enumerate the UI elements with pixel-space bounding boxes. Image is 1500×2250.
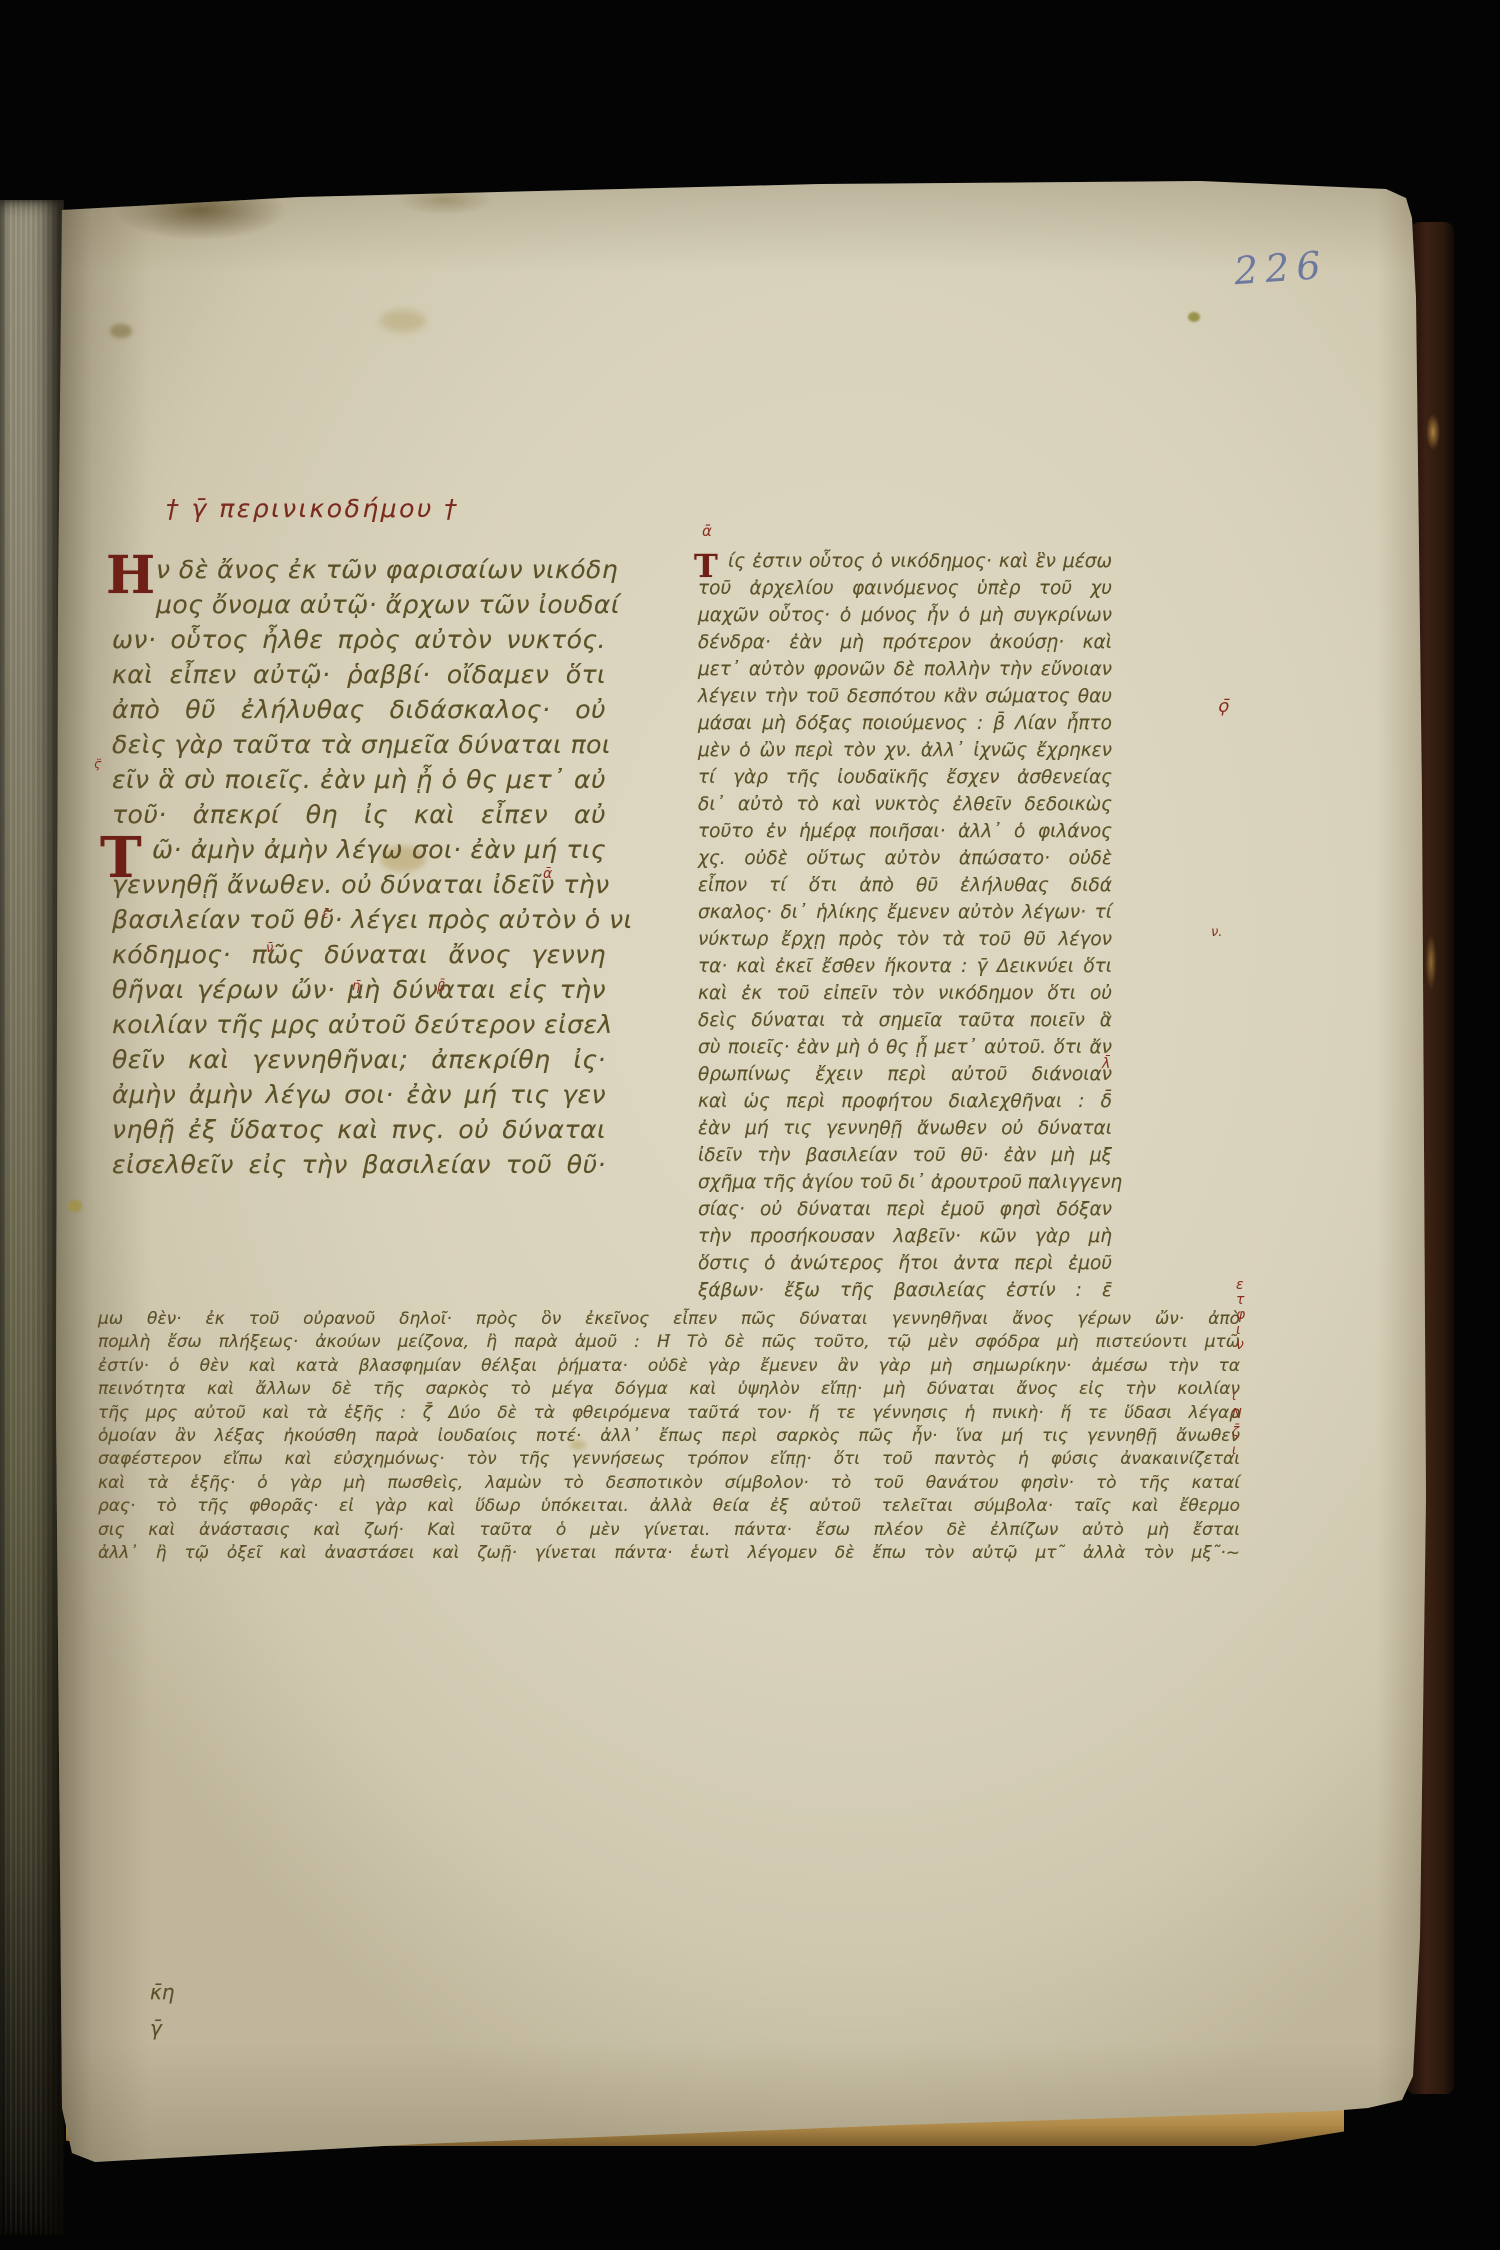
text-line: νηθῇ ἐξ ὕδατος καὶ πνς. οὐ δύναται	[112, 1112, 606, 1147]
text-line: τοῦτο ἐν ἡμέρᾳ ποιῆσαι· ἀλλ᾽ ὁ φιλάνος	[698, 818, 1112, 845]
text-line: πομλὴ ἔσω πλήξεως· ἀκούων μείζονα, ἢ παρ…	[98, 1331, 1240, 1354]
text-line: μάσαι μὴ δόξας ποιούμενος : β̄ Λίαν ἦπτο	[698, 710, 1112, 737]
text-line: εἰσελθεῖν εἰς τὴν βασιλείαν τοῦ θῦ·	[112, 1147, 606, 1182]
eusebian-mark: β̄	[437, 980, 445, 995]
text-line: ἰδεῖν τὴν βασιλείαν τοῦ θῦ· ἐὰν μὴ μξ	[698, 1142, 1112, 1169]
text-line: ὅστις ὁ ἀνώτερος ἤτοι ἀντα περὶ ἐμοῦ	[698, 1250, 1112, 1277]
text-line: τῆς μρς αὐτοῦ καὶ τὰ ἑξῆς : ζ̄ Δύο δὲ τὰ…	[98, 1402, 1240, 1425]
text-line: χς. οὐδὲ οὕτως αὐτὸν ἀπώσατο· οὐδὲ	[698, 845, 1112, 872]
folio-number: 226	[1233, 243, 1329, 293]
parchment-stain	[1188, 312, 1200, 322]
text-line: εῖν ἃ σὺ ποιεῖς. ἐὰν μὴ ᾖ ὁ θς μετ᾽ αὐ	[112, 762, 606, 797]
text-line: σκαλος· δι᾽ ἡλίκης ἔμενεν αὐτὸν λέγων· τ…	[698, 899, 1112, 926]
text-line: δεὶς γὰρ ταῦτα τὰ σημεῖα δύναται ποι	[112, 727, 606, 762]
eusebian-mark: ε̄	[322, 907, 329, 922]
bottom-left-quire-note: κ̄η γ̄	[150, 1974, 174, 2046]
text-line: τί γὰρ τῆς ἰουδαϊκῆς ἔσχεν ἀσθενείας	[698, 764, 1112, 791]
text-line: σαφέστερον εἴπω καὶ εὐσχημόνως· τὸν τῆς …	[98, 1448, 1240, 1471]
text-line: ξάβων· ἔξω τῆς βασιλείας ἐστίν : ε̄	[698, 1277, 1112, 1304]
text-line: θεῖν καὶ γεννηθῆναι; ἀπεκρίθη ἰς·	[112, 1042, 606, 1077]
text-line: μαχῶν οὗτος· ὁ μόνος ἦν ὁ μὴ συγκρίνων	[698, 602, 1112, 629]
manuscript-page: 226 † γ̄ περινικοδήμου † Η Τ Τ ᾱ ν δὲ ἄν…	[50, 178, 1435, 2172]
text-line: ἀπὸ θῦ ἐλήλυθας διδάσκαλος· οὐ	[112, 692, 606, 727]
text-line: βασιλείαν τοῦ θῦ· λέγει πρὸς αὐτὸν ὁ νι	[112, 902, 606, 937]
text-line: ν δὲ ἄνος ἐκ τῶν φαρισαίων νικόδη	[112, 552, 606, 587]
text-line: καὶ ἐκ τοῦ εἰπεῖν τὸν νικόδημον ὅτι οὐ	[698, 980, 1112, 1007]
text-line: κόδημος· πῶς δύναται ἄνος γεννη	[112, 937, 606, 972]
text-line: τοῦ ἀρχελίου φαινόμενος ὑπὲρ τοῦ χυ	[698, 575, 1112, 602]
text-line: ἀμὴν ἀμὴν λέγω σοι· ἐὰν μή τις γεν	[112, 1077, 606, 1112]
text-line: τοῦ· ἀπεκρί θη ἰς καὶ εἶπεν αὐ	[112, 797, 606, 832]
text-line: ῶ· ἀμὴν ἀμὴν λέγω σοι· ἐὰν μή τις	[112, 832, 606, 867]
commentary-section-mark: ᾱ	[702, 522, 712, 540]
text-line: ἐὰν μή τις γεννηθῇ ἄνωθεν οὐ δύναται	[698, 1115, 1112, 1142]
text-line: σχῆμα τῆς ἁγίου τοῦ δι᾽ ἀρουτροῦ παλιγγε…	[698, 1169, 1112, 1196]
text-line: καὶ ὡς περὶ προφήτου διαλεχθῆναι : δ̄	[698, 1088, 1112, 1115]
text-line: ὁμοίαν ἂν λέξας ἠκούσθη παρὰ ἰουδαίοις π…	[98, 1425, 1240, 1448]
text-line: εἶπον τί ὅτι ἀπὸ θῦ ἐλήλυθας διδά	[698, 872, 1112, 899]
right-margin-mark: ϙ̄	[1218, 696, 1229, 717]
text-line: γεννηθῇ ἄνωθεν. οὐ δύναται ἰδεῖν τὴν	[112, 867, 606, 902]
text-line: σις καὶ ἀνάστασις καὶ ζωή· Καὶ ταῦτα ὁ μ…	[98, 1519, 1240, 1542]
text-line: ων· οὗτος ἦλθε πρὸς αὐτὸν νυκτός.	[112, 622, 606, 657]
text-line: μετ᾽ αὐτὸν φρονῶν δὲ πολλὴν τὴν εὔνοιαν	[698, 656, 1112, 683]
text-line: καὶ τὰ ἑξῆς· ὁ γὰρ μὴ πωσθεὶς, λαμὼν τὸ …	[98, 1472, 1240, 1495]
photograph-backdrop: 226 † γ̄ περινικοδήμου † Η Τ Τ ᾱ ν δὲ ἄν…	[0, 0, 1500, 2250]
gospel-text-column: ν δὲ ἄνος ἐκ τῶν φαρισαίων νικόδημος ὄνο…	[112, 552, 606, 1182]
text-line: ρας· τὸ τῆς φθορᾶς· εἰ γὰρ καὶ ὕδωρ ὑπόκ…	[98, 1495, 1240, 1518]
text-line: καὶ εἶπεν αὐτῷ· ῥαββί· οἴδαμεν ὅτι	[112, 657, 606, 692]
commentary-text-column: ίς ἐστιν οὗτος ὁ νικόδημος· καὶ ἓν μέσωτ…	[698, 548, 1112, 1304]
text-line: μὲν ὁ ὢν περὶ τὸν χν. ἀλλ᾽ ἰχνῶς ἔχρηκεν	[698, 737, 1112, 764]
parchment-stain	[110, 324, 132, 338]
text-line: λέγειν τὴν τοῦ δεσπότου κἂν σώματος θαυ	[698, 683, 1112, 710]
text-line: σίας· οὐ δύναται περὶ ἐμοῦ φησὶ δόξαν	[698, 1196, 1112, 1223]
parchment-stain	[68, 1200, 82, 1212]
eusebian-mark: η̄	[352, 979, 360, 994]
eusebian-mark: ν̄	[266, 941, 273, 956]
right-margin-mark: ν.	[1211, 925, 1222, 940]
text-line: τα· καὶ ἐκεῖ ἔσθεν ἥκοντα : γ̄ Δεικνύει …	[698, 953, 1112, 980]
text-line: ἀλλ᾽ ἢ τῷ ὀξεῖ καὶ ἀναστάσει καὶ ζωῇ· γί…	[98, 1542, 1240, 1565]
text-line: θρωπίνως ἔχειν περὶ αὐτοῦ διάνοιαν	[698, 1061, 1112, 1088]
eusebian-mark: λ̄	[1102, 1056, 1110, 1072]
right-margin-letter-stack: ε τ φ ι ν	[1236, 1278, 1245, 1353]
text-line: μος ὄνομα αὐτῷ· ἄρχων τῶν ἰουδαί	[112, 587, 606, 622]
left-page-stack-edge	[0, 200, 64, 2235]
text-line: ἐστίν· ὁ θὲν καὶ κατὰ βλασφημίαν θέλξαι …	[98, 1355, 1240, 1378]
text-line: τὴν προσήκουσαν λαβεῖν· κῶν γὰρ μὴ	[698, 1223, 1112, 1250]
text-line: ίς ἐστιν οὗτος ὁ νικόδημος· καὶ ἓν μέσω	[698, 548, 1112, 575]
eusebian-mark: ᾱ	[543, 866, 552, 882]
right-margin-letter-stack: ι Ν ζ̄ ι	[1232, 1388, 1242, 1460]
text-line: πεινότητα καὶ ἄλλων δὲ τῆς σαρκὸς τὸ μέγ…	[98, 1378, 1240, 1401]
text-line: δι᾽ αὐτὸ τὸ καὶ νυκτὸς ἐλθεῖν δεδοικὼς	[698, 791, 1112, 818]
chapter-heading: † γ̄ περινικοδήμου †	[166, 494, 459, 523]
text-line: δένδρα· ἐὰν μὴ πρότερον ἀκούσῃ· καὶ	[698, 629, 1112, 656]
parchment-stain	[380, 310, 426, 332]
text-line: νύκτωρ ἔρχῃ πρὸς τὸν τὰ τοῦ θῦ λέγον	[698, 926, 1112, 953]
text-line: δεὶς δύναται τὰ σημεῖα ταῦτα ποιεῖν ἃ	[698, 1007, 1112, 1034]
text-line: σὺ ποιεῖς· ἐὰν μὴ ὁ θς ᾖ μετ᾽ αὐτοῦ. ὅτι…	[698, 1034, 1112, 1061]
text-line: κοιλίαν τῆς μρς αὐτοῦ δεύτερον εἰσελ	[112, 1007, 606, 1042]
catena-text-block: μω θὲν· ἐκ τοῦ οὐρανοῦ δηλοῖ· πρὸς ὃν ἐκ…	[98, 1308, 1240, 1565]
eusebian-mark: ϛ̈	[94, 757, 101, 771]
text-line: μω θὲν· ἐκ τοῦ οὐρανοῦ δηλοῖ· πρὸς ὃν ἐκ…	[98, 1308, 1240, 1331]
